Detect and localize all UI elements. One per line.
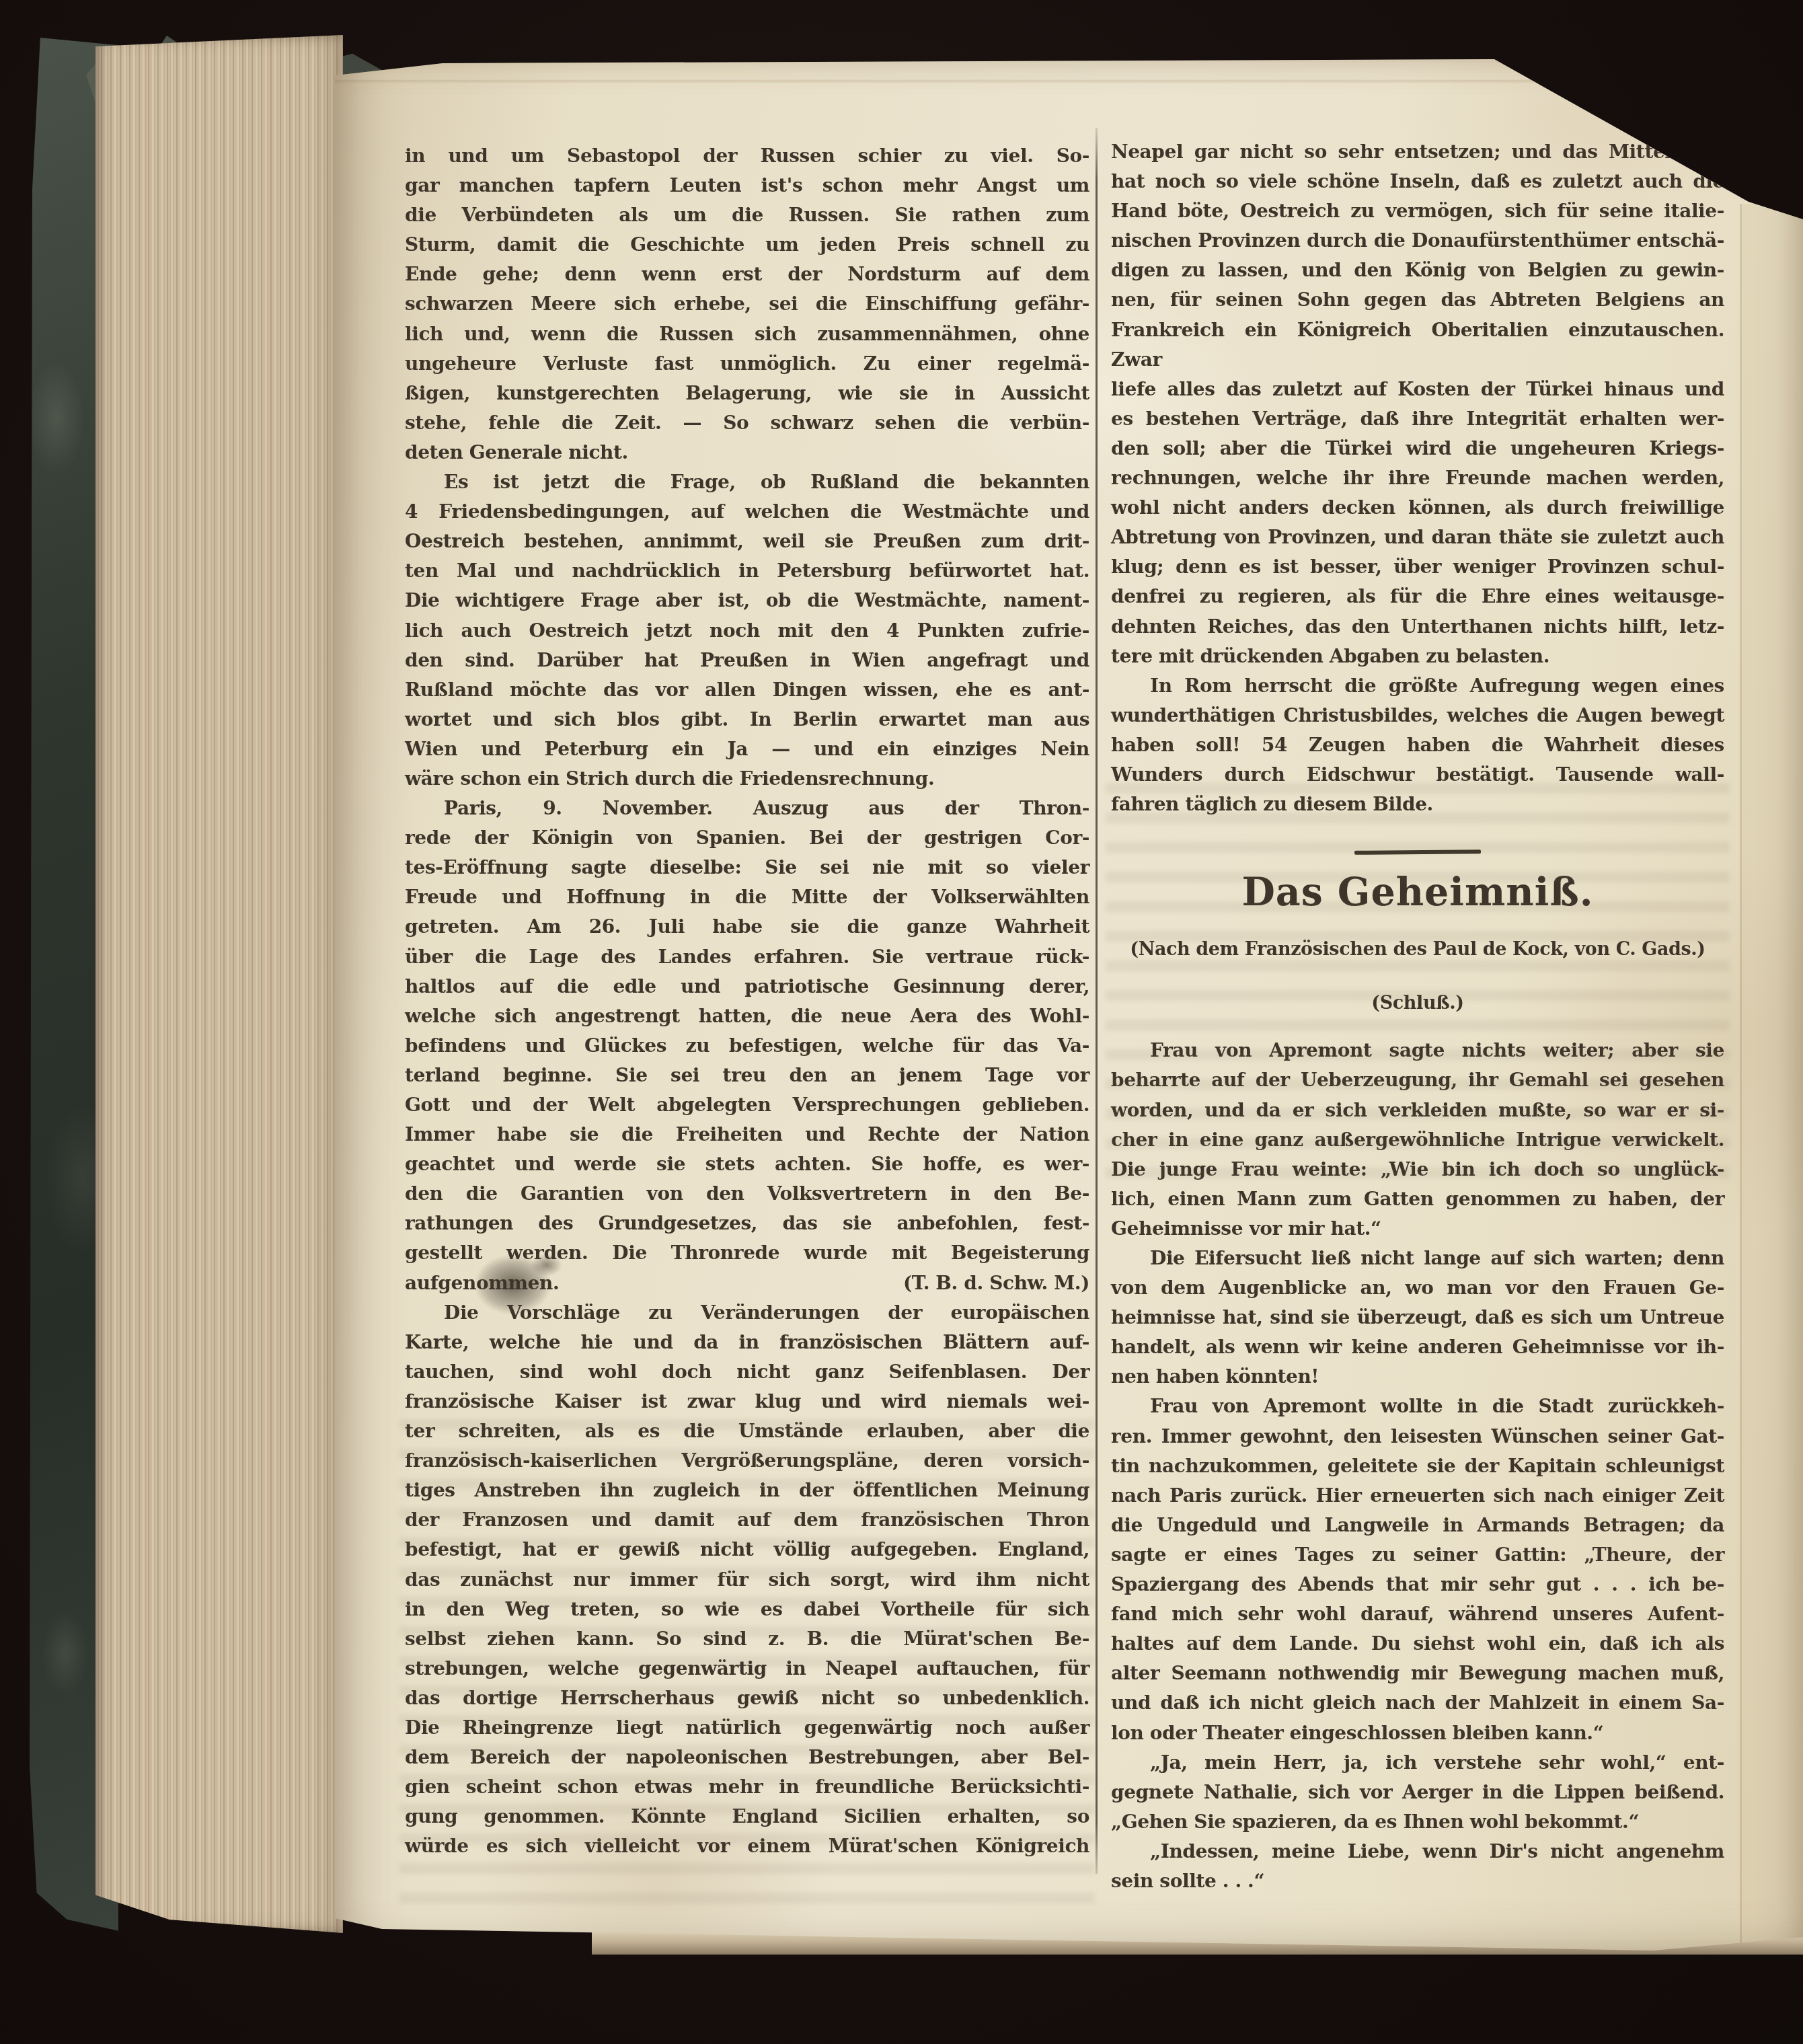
text-line: In Rom herrscht die größte Aufregung weg… [1111,671,1724,701]
text-line: Die Rheingrenze liegt natürlich gegenwär… [405,1713,1089,1743]
text-line: es bestehen Verträge, daß ihre Integritä… [1111,404,1724,434]
text-line: deten Generale nicht. [405,438,1089,467]
text-line: lon oder Theater eingeschlossen bleiben … [1111,1718,1724,1748]
text-line: heimnisse hat, sind sie überzeugt, daß e… [1111,1303,1724,1332]
text-line: Abtretung von Provinzen, und daran thäte… [1111,523,1724,552]
text-line: Rußland möchte das vor allen Dingen wiss… [405,675,1089,705]
text-line: dehnten Reiches, das den Unterthanen nic… [1111,612,1724,642]
text-line: tere mit drückenden Abgaben zu belasten. [1111,642,1724,671]
text-line: dem Bereich der napoleonischen Bestrebun… [405,1743,1089,1772]
text-line: haben soll! 54 Zeugen haben die Wahrheit… [1111,730,1724,760]
text-line: wortet und sich blos gibt. In Berlin erw… [405,705,1089,734]
text-line: Die Vorschläge zu Veränderungen der euro… [405,1298,1089,1328]
text-line: „Indessen, meine Liebe, wenn Dir's nicht… [1111,1837,1724,1866]
paragraph: in und um Sebastopol der Russen schier z… [405,141,1089,467]
text-line: sagte er eines Tages zu seiner Gattin: „… [1111,1540,1724,1570]
text-line: und daß ich nicht gleich nach der Mahlze… [1111,1688,1724,1718]
text-line: klug; denn es ist besser, über weniger P… [1111,552,1724,582]
text-line: ter schreiten, als es die Umstände erlau… [405,1416,1089,1446]
text-line: haltlos auf die edle und patriotische Ge… [405,972,1089,1001]
text-line: geachtet und werde sie stets achten. Sie… [405,1149,1089,1179]
text-line: 4 Friedensbedingungen, auf welchen die W… [405,497,1089,527]
text-line: selbst ziehen kann. So sind z. B. die Mü… [405,1624,1089,1654]
paragraph: In Rom herrscht die größte Aufregung weg… [1111,671,1724,819]
text-line: die Ungeduld und Langweile in Armands Be… [1111,1511,1724,1540]
text-line: Wunders durch Eidschwur bestätigt. Tause… [1111,760,1724,790]
text-line: Hand böte, Oestreich zu vermögen, sich f… [1111,196,1724,226]
text-line: den soll; aber die Türkei wird die ungeh… [1111,434,1724,463]
text-line: beharrte auf der Ueberzeugung, ihr Gemah… [1111,1065,1724,1095]
text-line: Freude und Hoffnung in die Mitte der Vol… [405,882,1089,912]
text-line: Immer habe sie die Freiheiten und Rechte… [405,1120,1089,1149]
text-line: gung genommen. Könnte England Sicilien e… [405,1802,1089,1831]
text-line: befindens und Glückes zu befestigen, wel… [405,1031,1089,1061]
paragraph: „Ja, mein Herr, ja, ich verstehe sehr wo… [1111,1748,1724,1837]
text-line: Frau von Apremont wollte in die Stadt zu… [1111,1392,1724,1421]
text-line: in und um Sebastopol der Russen schier z… [405,141,1089,171]
text-line: digen zu lassen, und den König von Belgi… [1111,256,1724,285]
column-left: in und um Sebastopol der Russen schier z… [405,141,1089,1861]
text-line: ten Mal und nachdrücklich in Petersburg … [405,556,1089,586]
text-line: Die wichtigere Frage aber ist, ob die We… [405,586,1089,615]
page-fore-edges [95,35,343,1933]
text-line: lich, einen Mann zum Gatten genommen zu … [1111,1184,1724,1214]
text-line: französisch-kaiserlichen Vergrößerungspl… [405,1446,1089,1476]
text-line: ren. Immer gewohnt, den leisesten Wünsch… [1111,1422,1724,1451]
book-page: in und um Sebastopol der Russen schier z… [335,52,1803,1959]
story-title: Das Geheimniß. [1111,870,1724,915]
text-line: ungeheure Verluste fast unmöglich. Zu ei… [405,349,1089,379]
text-line: Neapel gar nicht so sehr entsetzen; und … [1111,137,1724,167]
text-line: worden, und da er sich verkleiden mußte,… [1111,1096,1724,1125]
paragraph: Neapel gar nicht so sehr entsetzen; und … [1111,137,1724,671]
text-line: befestigt, hat er gewiß nicht völlig auf… [405,1535,1089,1564]
text-line: Die Eifersucht ließ nicht lange auf sich… [1111,1244,1724,1273]
text-line: Frau von Apremont sagte nichts weiter; a… [1111,1036,1724,1065]
text-line: die Verbündeten als um die Russen. Sie r… [405,200,1089,230]
text-line: fahren täglich zu diesem Bilde. [1111,790,1724,819]
news-section: Neapel gar nicht so sehr entsetzen; und … [1111,137,1724,819]
text-line: lich auch Oestreich jetzt noch mit den 4… [405,616,1089,646]
text-line: nen haben könnten! [1111,1362,1724,1392]
text-line: Oestreich bestehen, annimmt, weil sie Pr… [405,527,1089,556]
text-line: Spaziergang des Abends that mir sehr gut… [1111,1570,1724,1599]
text-line: strebungen, welche gegenwärtig in Neapel… [405,1654,1089,1683]
text-line: tauchen, sind wohl doch nicht ganz Seife… [405,1357,1089,1387]
text-line: Es ist jetzt die Frage, ob Rußland die b… [405,467,1089,497]
text-line: nischen Provinzen durch die Donaufürsten… [1111,226,1724,256]
text-line: terland beginne. Sie sei treu den an jen… [405,1061,1089,1090]
text-line: Geheimnisse vor mir hat.“ [1111,1214,1724,1244]
text-line: lich und, wenn die Russen sich zusammenn… [405,319,1089,349]
text-line: aufgenommen.(T. B. d. Schw. M.) [405,1269,1089,1298]
text-line: französische Kaiser ist zwar klug und wi… [405,1387,1089,1416]
text-line: „Gehen Sie spazieren, da es Ihnen wohl b… [1111,1807,1724,1837]
text-line: cher in eine ganz außergewöhnliche Intri… [1111,1125,1724,1155]
paragraph: „Indessen, meine Liebe, wenn Dir's nicht… [1111,1837,1724,1896]
section-divider-rule [1354,849,1481,855]
text-line: tin nachzukommen, geleitete sie der Kapi… [1111,1451,1724,1481]
text-line: wohl nicht anders decken können, als dur… [1111,493,1724,523]
text-line: das dortige Herrscherhaus gewiß nicht so… [405,1683,1089,1713]
text-line: Ende gehe; denn wenn erst der Nordsturm … [405,260,1089,289]
text-line: nach Paris zurück. Hier erneuerten sich … [1111,1481,1724,1511]
text-line: gestellt werden. Die Thronrede wurde mit… [405,1238,1089,1268]
text-line: rede der Königin von Spanien. Bei der ge… [405,823,1089,853]
paragraph: Die Eifersucht ließ nicht lange auf sich… [1111,1244,1724,1392]
text-line: das zunächst nur immer für sich sorgt, w… [405,1565,1089,1595]
paragraph: Frau von Apremont wollte in die Stadt zu… [1111,1392,1724,1747]
text-line: denfrei zu regieren, als für die Ehre ei… [1111,582,1724,611]
text-line: fand mich sehr wohl darauf, während unse… [1111,1599,1724,1629]
text-line: der Franzosen und damit auf dem französi… [405,1505,1089,1535]
text-line: wäre schon ein Strich durch die Friedens… [405,764,1089,794]
text-line: hat noch so viele schöne Inseln, daß es … [1111,167,1724,196]
text-line: rathungen des Grundgesetzes, das sie anb… [405,1209,1089,1238]
paragraph: Es ist jetzt die Frage, ob Rußland die b… [405,467,1089,794]
book-photo: in und um Sebastopol der Russen schier z… [0,0,1803,2044]
column-divider [1096,128,1098,1874]
text-line: handelt, als wenn wir keine anderen Gehe… [1111,1332,1724,1362]
column-right: Neapel gar nicht so sehr entsetzen; und … [1111,137,1724,1896]
text-line: Die junge Frau weinte: „Wie bin ich doch… [1111,1155,1724,1184]
paragraph: Frau von Apremont sagte nichts weiter; a… [1111,1036,1724,1244]
text-line: liefe alles das zuletzt auf Kosten der T… [1111,375,1724,404]
text-line: Sturm, damit die Geschichte um jeden Pre… [405,230,1089,260]
text-line: über die Lage des Landes erfahren. Sie v… [405,942,1089,972]
line-attribution: (T. B. d. Schw. M.) [903,1269,1089,1298]
story-subtitle: (Nach dem Französischen des Paul de Kock… [1111,935,1724,964]
paragraph: Paris, 9. November. Auszug aus der Thron… [405,794,1089,1298]
text-line: rechnungen, welche ihr ihre Freunde mach… [1111,463,1724,493]
text-line: gar manchen tapfern Leuten ist's schon m… [405,171,1089,200]
text-line: den sind. Darüber hat Preußen in Wien an… [405,646,1089,675]
text-line: in den Weg treten, so wie es dabei Vorth… [405,1595,1089,1624]
text-line: von dem Augenblicke an, wo man vor den F… [1111,1273,1724,1303]
story-part-label: (Schluß.) [1111,989,1724,1018]
text-line: den die Garantien von den Volksvertreter… [405,1179,1089,1209]
text-line: würde es sich vielleicht vor einem Mürat… [405,1831,1089,1861]
text-line: ßigen, kunstgerechten Belagerung, wie si… [405,379,1089,408]
text-line: stehe, fehle die Zeit. — So schwarz sehe… [405,408,1089,438]
text-line: getreten. Am 26. Juli habe sie die ganze… [405,912,1089,942]
text-line: Wien und Peterburg ein Ja — und ein einz… [405,734,1089,764]
text-line: „Ja, mein Herr, ja, ich verstehe sehr wo… [1111,1748,1724,1778]
text-line: welche sich angestrengt hatten, die neue… [405,1001,1089,1031]
text-line: Gott und der Welt abgelegten Versprechun… [405,1090,1089,1120]
text-line: tiges Anstreben ihn zugleich in der öffe… [405,1476,1089,1505]
text-line: Frankreich ein Königreich Oberitalien ei… [1111,315,1724,375]
text-line: Karte, welche hie und da in französische… [405,1328,1089,1357]
text-line: tes-Eröffnung sagte dieselbe: Sie sei ni… [405,853,1089,882]
paragraph: Die Vorschläge zu Veränderungen der euro… [405,1298,1089,1862]
story-text: Frau von Apremont sagte nichts weiter; a… [1111,1036,1724,1896]
text-line: haltes auf dem Lande. Du siehst wohl ein… [1111,1629,1724,1659]
text-line: nen, für seinen Sohn gegen das Abtreten … [1111,285,1724,315]
line-text: aufgenommen. [405,1269,559,1298]
text-line: sein sollte . . .“ [1111,1866,1724,1896]
text-line: schwarzen Meere sich erhebe, sei die Ein… [405,289,1089,319]
text-line: gegnete Nathalie, sich vor Aerger in die… [1111,1778,1724,1807]
text-line: gien scheint schon etwas mehr in freundl… [405,1772,1089,1802]
text-line: wunderthätigen Christusbildes, welches d… [1111,701,1724,730]
text-line: alter Seemann nothwendig mir Bewegung ma… [1111,1659,1724,1688]
text-line: Paris, 9. November. Auszug aus der Thron… [405,794,1089,823]
